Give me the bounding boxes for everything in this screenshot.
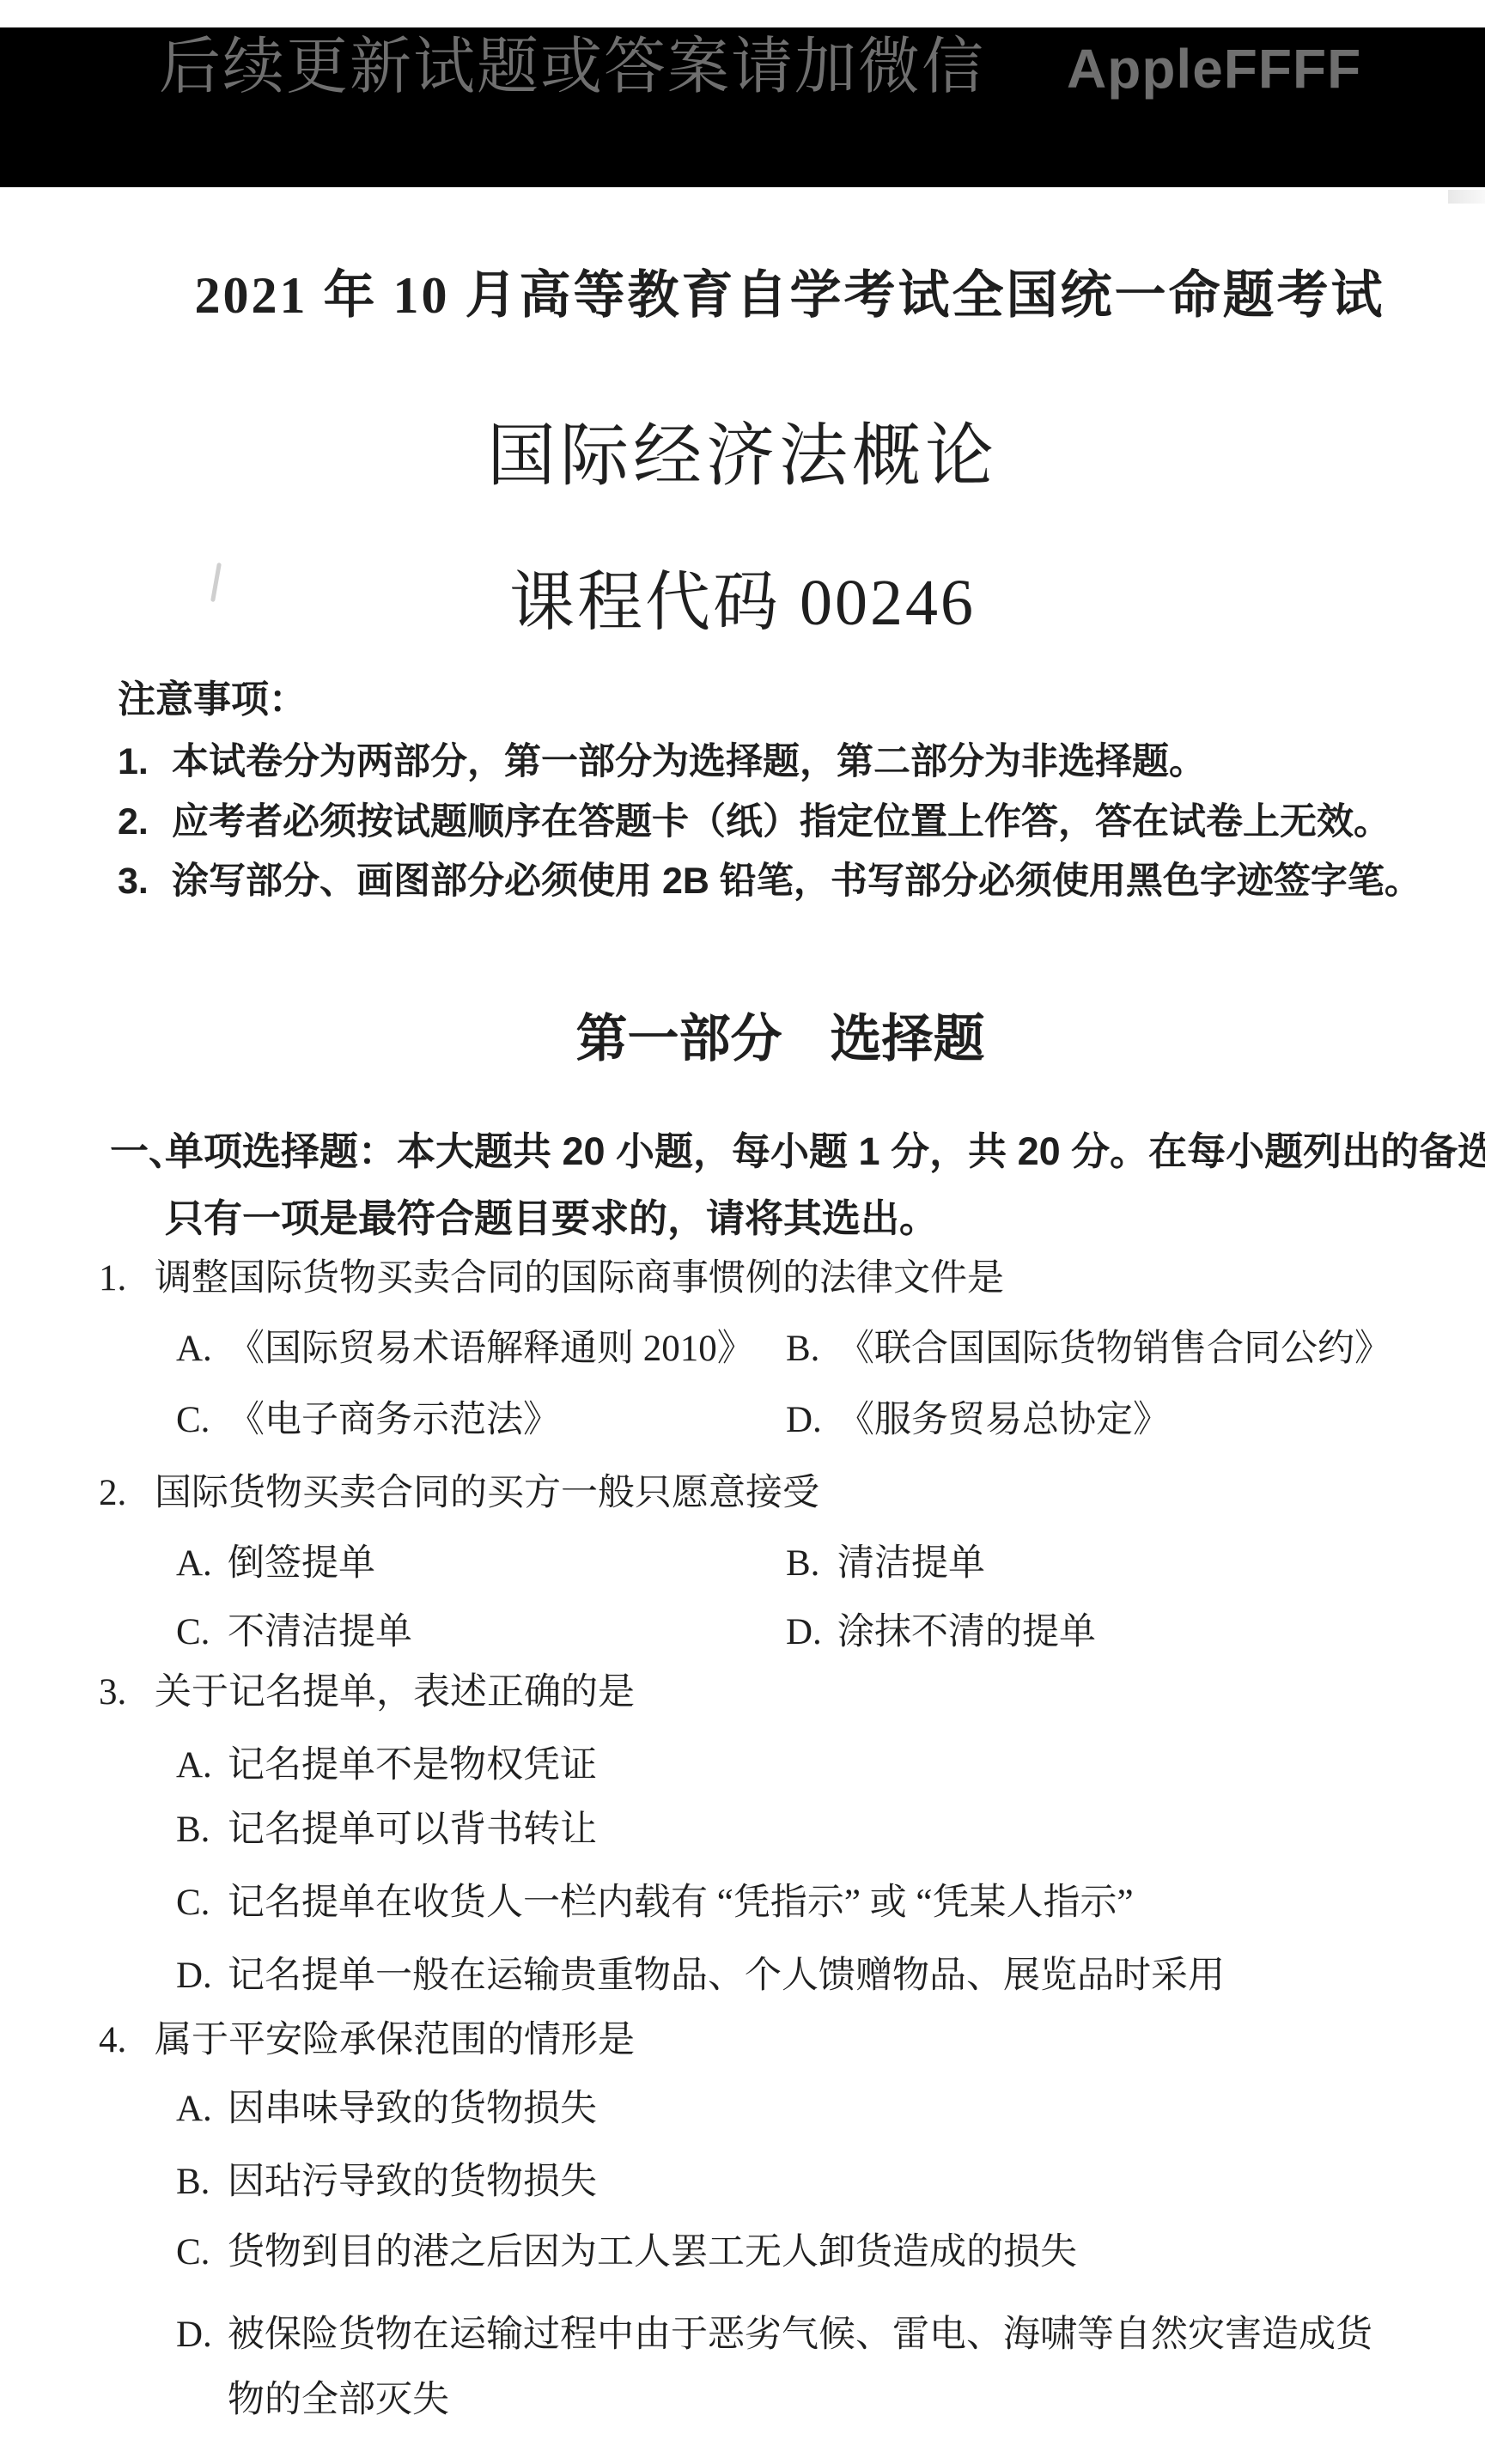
notice-item-1: 1. 本试卷分为两部分，第一部分为选择题，第二部分为非选择题。 (118, 739, 1206, 784)
question-number: 2. (99, 1470, 155, 1517)
notice-item-text: 涂写部分、画图部分必须使用 2B 铅笔，书写部分必须使用黑色字迹签字笔。 (172, 859, 1421, 903)
option-text: 记名提单一般在运输贵重物品、个人馈赠物品、展览品时采用 (228, 1953, 1225, 1999)
option-text: 《联合国国际货物销售合同公约》 (837, 1326, 1391, 1372)
option-label: B. (786, 1326, 837, 1372)
option-text: 记名提单不是物权凭证 (228, 1743, 597, 1789)
mcq-instructions-text: 单项选择题：本大题共 20 小题，每小题 1 分，共 20 分。在每小题列出的备… (165, 1129, 1485, 1175)
top-ad-banner: 后续更新试题或答案请加微信 AppleFFFF (0, 27, 1485, 187)
question-3-stem: 3. 关于记名提单，表述正确的是 (99, 1670, 635, 1716)
question-2-option-a: A. 倒签提单 (176, 1541, 375, 1587)
section-part-label: 第一部分 (576, 1010, 782, 1068)
option-label: A. (176, 1541, 228, 1587)
question-2-option-c: C. 不清洁提单 (176, 1609, 412, 1656)
option-text: 清洁提单 (837, 1541, 985, 1587)
question-1-option-b: B. 《联合国国际货物销售合同公约》 (786, 1326, 1391, 1372)
option-text: 因串味导致的货物损失 (228, 2086, 597, 2132)
option-label: A. (176, 1743, 228, 1789)
option-label: C. (176, 1397, 228, 1444)
question-text: 关于记名提单，表述正确的是 (155, 1670, 635, 1716)
option-text: 被保险货物在运输过程中由于恶劣气候、雷电、海啸等自然灾害造成货物的全部灭失 (228, 2303, 1383, 2433)
banner-wechat-id: AppleFFFF (1067, 37, 1361, 100)
option-text: 《服务贸易总协定》 (837, 1397, 1170, 1444)
question-2-stem: 2. 国际货物买卖合同的买方一般只愿意接受 (99, 1470, 819, 1517)
option-text: 不清洁提单 (228, 1609, 412, 1656)
option-label: C. (176, 2230, 228, 2276)
question-3-option-c: C. 记名提单在收货人一栏内载有 “凭指示” 或 “凭某人指示” (176, 1880, 1134, 1926)
question-3-option-d: D. 记名提单一般在运输贵重物品、个人馈赠物品、展览品时采用 (176, 1953, 1225, 1999)
option-label: B. (176, 1807, 228, 1853)
question-number: 1. (99, 1256, 155, 1302)
question-3-option-b: B. 记名提单可以背书转让 (176, 1807, 597, 1853)
question-1-option-a: A. 《国际贸易术语解释通则 2010》 (176, 1326, 754, 1372)
option-label: B. (176, 2159, 228, 2205)
question-3-option-a: A. 记名提单不是物权凭证 (176, 1743, 597, 1789)
option-text: 记名提单可以背书转让 (228, 1807, 597, 1853)
option-label: A. (176, 1326, 228, 1372)
option-label: C. (176, 1880, 228, 1926)
option-label: D. (176, 1953, 228, 1999)
question-4-option-c: C. 货物到目的港之后因为工人罢工无人卸货造成的损失 (176, 2230, 1077, 2276)
notice-heading: 注意事项： (118, 678, 307, 722)
option-label: D. (176, 2303, 228, 2433)
banner-text-row: 后续更新试题或答案请加微信 AppleFFFF (0, 27, 1485, 101)
notice-item-number: 1. (118, 739, 172, 784)
option-text: 记名提单在收货人一栏内载有 “凭指示” 或 “凭某人指示” (228, 1880, 1134, 1926)
mcq-instructions-line-2: 只有一项是最符合题目要求的，请将其选出。 (165, 1195, 938, 1242)
option-label: A. (176, 2086, 228, 2132)
notice-item-number: 2. (118, 800, 172, 844)
exam-session-title: 2021 年 10 月高等教育自学考试全国统一命题考试 (47, 254, 1485, 328)
scanned-exam-page: { "colors":{"banner_bg":"#000000","banne… (0, 0, 1485, 2464)
section-heading: 第一部分选择题 (38, 998, 1485, 1072)
option-label: C. (176, 1609, 228, 1656)
option-label: B. (786, 1541, 837, 1587)
question-4-option-b: B. 因玷污导致的货物损失 (176, 2159, 597, 2205)
question-4-stem: 4. 属于平安险承保范围的情形是 (99, 2017, 635, 2064)
section-type-label: 选择题 (831, 1010, 985, 1068)
question-4-option-d: D. 被保险货物在运输过程中由于恶劣气候、雷电、海啸等自然灾害造成货物的全部灭失 (176, 2303, 1383, 2433)
option-text: 倒签提单 (228, 1541, 375, 1587)
option-label: D. (786, 1397, 837, 1444)
option-text: 涂抹不清的提单 (837, 1609, 1096, 1656)
banner-chinese-text: 后续更新试题或答案请加微信 (159, 33, 985, 101)
question-text: 调整国际货物买卖合同的国际商事惯例的法律文件是 (155, 1256, 1004, 1302)
notice-item-number: 3. (118, 859, 172, 903)
option-text: 货物到目的港之后因为工人罢工无人卸货造成的损失 (228, 2230, 1077, 2276)
question-text: 国际货物买卖合同的买方一般只愿意接受 (155, 1470, 819, 1517)
question-number: 3. (99, 1670, 155, 1716)
notice-item-3: 3. 涂写部分、画图部分必须使用 2B 铅笔，书写部分必须使用黑色字迹签字笔。 (118, 859, 1421, 903)
question-4-option-a: A. 因串味导致的货物损失 (176, 2086, 597, 2132)
mcq-instructions-label: 一、 (110, 1129, 165, 1175)
notice-item-text: 应考者必须按试题顺序在答题卡（纸）指定位置上作答，答在试卷上无效。 (172, 800, 1391, 844)
notice-item-2: 2. 应考者必须按试题顺序在答题卡（纸）指定位置上作答，答在试卷上无效。 (118, 800, 1391, 844)
question-number: 4. (99, 2017, 155, 2064)
scan-artifact-smudge (1448, 190, 1485, 204)
option-text: 《国际贸易术语解释通则 2010》 (228, 1326, 754, 1372)
question-1-option-d: D. 《服务贸易总协定》 (786, 1397, 1170, 1444)
question-text: 属于平安险承保范围的情形是 (155, 2017, 635, 2064)
notice-item-text: 本试卷分为两部分，第一部分为选择题，第二部分为非选择题。 (172, 739, 1206, 784)
course-code: 课程代码 00246 (0, 550, 1485, 643)
mcq-instructions-line-1: 一、 单项选择题：本大题共 20 小题，每小题 1 分，共 20 分。在每小题列… (110, 1129, 1485, 1175)
option-text: 因玷污导致的货物损失 (228, 2159, 597, 2205)
question-1-stem: 1. 调整国际货物买卖合同的国际商事惯例的法律文件是 (99, 1256, 1004, 1302)
question-2-option-b: B. 清洁提单 (786, 1541, 985, 1587)
course-title: 国际经济法概论 (0, 400, 1485, 499)
option-label: D. (786, 1609, 837, 1656)
question-1-option-c: C. 《电子商务示范法》 (176, 1397, 560, 1444)
question-2-option-d: D. 涂抹不清的提单 (786, 1609, 1096, 1656)
option-text: 《电子商务示范法》 (228, 1397, 560, 1444)
